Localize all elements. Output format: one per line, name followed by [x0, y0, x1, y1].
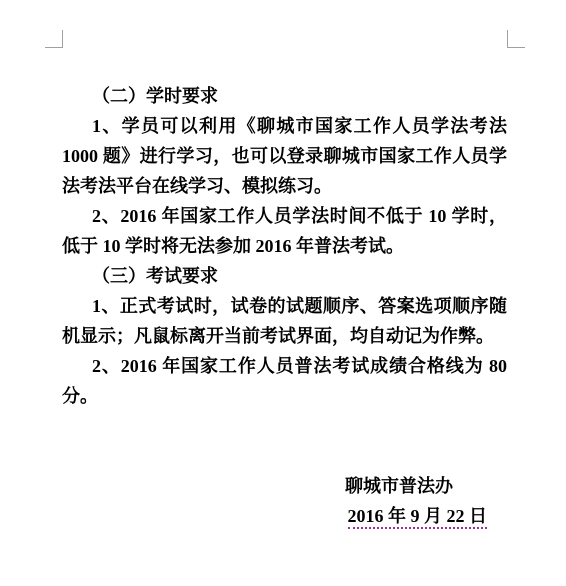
- signature-line: 聊城市普法办: [62, 471, 507, 501]
- paragraph: 2、2016 年国家工作人员学法时间不低于 10 学时，低于 10 学时将无法参…: [62, 201, 507, 261]
- document-page: （二）学时要求 1、学员可以利用《聊城市国家工作人员学法考法 1000 题》进行…: [0, 0, 566, 586]
- paragraph: 1、正式考试时，试卷的试题顺序、答案选项顺序随机显示；凡鼠标离开当前考试界面，均…: [62, 291, 507, 351]
- text-boundary-mark-top-left-icon: [45, 30, 63, 48]
- blank-lines: [62, 411, 507, 471]
- signature-text: 聊城市普法办: [345, 476, 453, 496]
- paragraph: 2、2016 年国家工作人员普法考试成绩合格线为 80 分。: [62, 351, 507, 411]
- paragraph: 1、学员可以利用《聊城市国家工作人员学法考法 1000 题》进行学习，也可以登录…: [62, 111, 507, 201]
- date-line: 2016 年 9 月 22 日: [62, 501, 507, 531]
- section-heading: （三）考试要求: [62, 261, 507, 291]
- document-body: （二）学时要求 1、学员可以利用《聊城市国家工作人员学法考法 1000 题》进行…: [62, 81, 507, 531]
- date-text: 2016 年 9 月 22 日: [348, 506, 488, 529]
- text-boundary-mark-top-right-icon: [507, 30, 525, 48]
- section-heading: （二）学时要求: [62, 81, 507, 111]
